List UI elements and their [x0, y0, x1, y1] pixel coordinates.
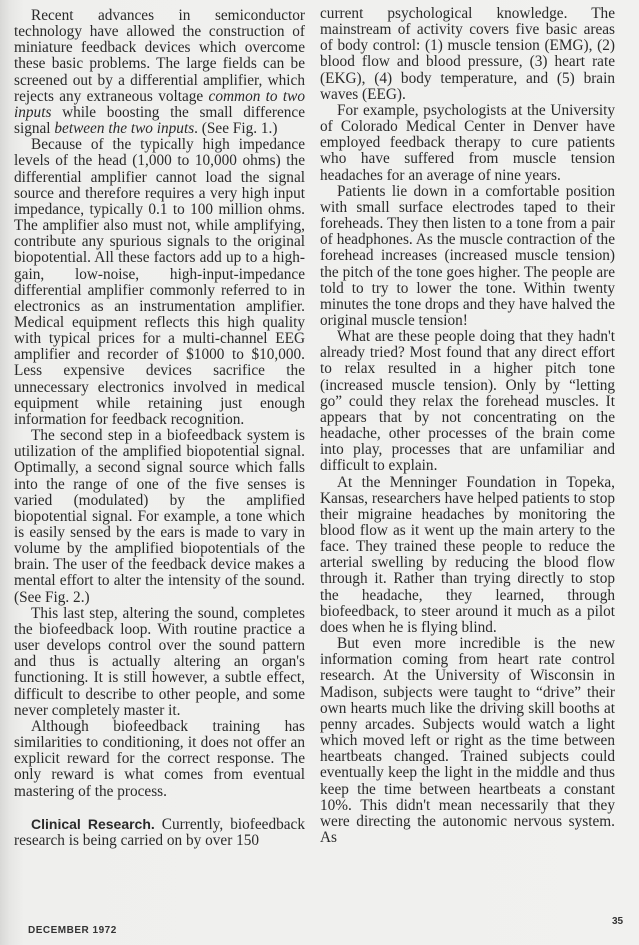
left-column: Recent advances in semiconductor technol…	[14, 8, 305, 849]
italic-phrase: between the two inputs	[54, 120, 194, 137]
paragraph-text: . (See Fig. 1.)	[194, 120, 277, 137]
right-column: current psychological knowledge. The mai…	[320, 6, 615, 846]
paragraph: Because of the typically high impedance …	[14, 137, 305, 428]
paragraph: Recent advances in semiconductor technol…	[14, 8, 305, 137]
paragraph: Although biofeedback training has simila…	[14, 719, 305, 800]
paragraph: The second step in a biofeedback system …	[14, 428, 305, 606]
paragraph: What are these people doing that they ha…	[320, 329, 615, 474]
page-number: 35	[612, 916, 623, 927]
paragraph: current psychological knowledge. The mai…	[320, 6, 615, 103]
magazine-page: Recent advances in semiconductor technol…	[0, 0, 639, 945]
paragraph: At the Menninger Foundation in Topeka, K…	[320, 475, 615, 637]
paragraph: Patients lie down in a comfortable posit…	[320, 184, 615, 329]
issue-date: DECEMBER 1972	[28, 925, 117, 936]
paragraph: But even more incredible is the new info…	[320, 636, 615, 846]
paragraph: For example, psychologists at the Univer…	[320, 103, 615, 184]
section-heading: Clinical Research.	[31, 816, 155, 832]
paragraph-with-heading: Clinical Research. Currently, biofeedbac…	[14, 816, 305, 849]
paragraph: This last step, altering the sound, comp…	[14, 606, 305, 719]
